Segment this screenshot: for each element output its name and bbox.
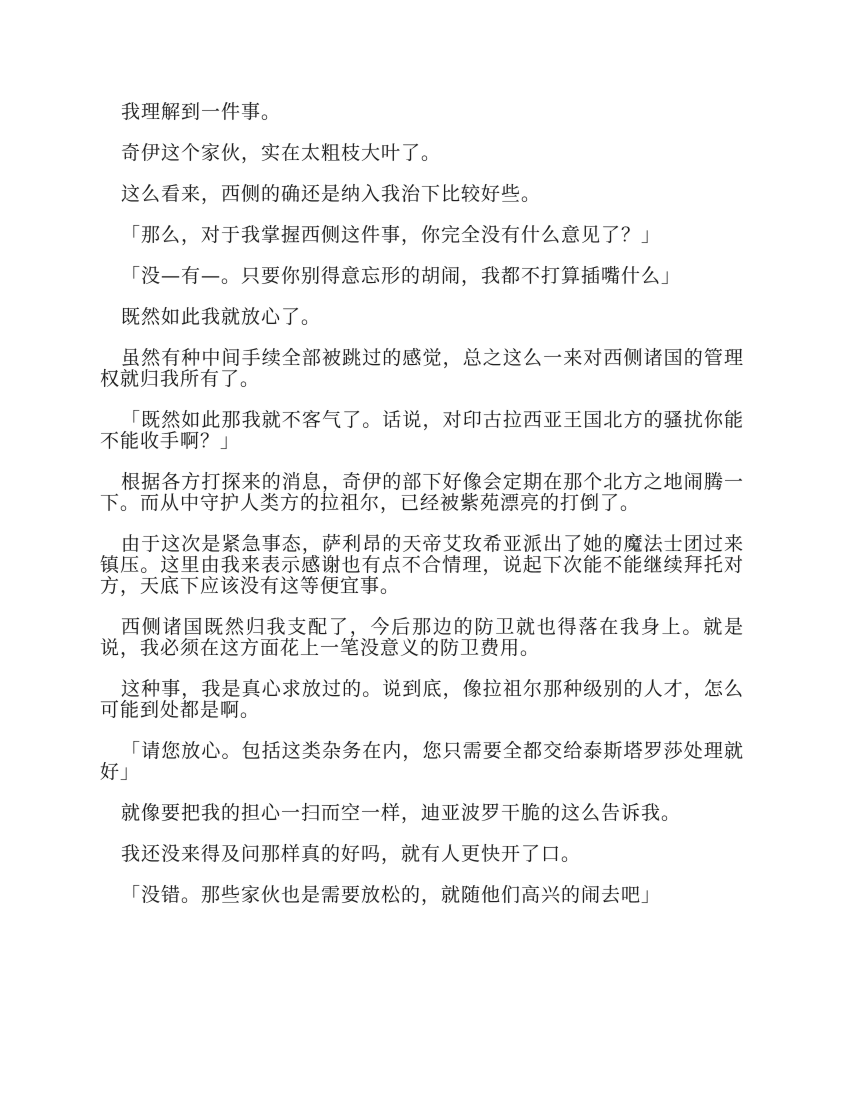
- paragraph: 我还没来得及问那样真的好吗，就有人更快开了口。: [100, 844, 744, 865]
- dialogue-paragraph: 「没错。那些家伙也是需要放松的，就随他们高兴的闹去吧」: [100, 885, 744, 906]
- dialogue-paragraph: 「没—有—。只要你别得意忘形的胡闹，我都不打算插嘴什么」: [100, 266, 744, 287]
- paragraph: 既然如此我就放心了。: [100, 307, 744, 328]
- document-page: 我理解到一件事。 奇伊这个家伙，实在太粗枝大叶了。 这么看来，西侧的确还是纳入我…: [100, 102, 744, 926]
- dialogue-paragraph: 「既然如此那我就不客气了。话说，对印古拉西亚王国北方的骚扰你能不能收手啊？」: [100, 410, 744, 452]
- paragraph: 这种事，我是真心求放过的。说到底，像拉祖尔那种级别的人才，怎么可能到处都是啊。: [100, 679, 744, 721]
- paragraph: 奇伊这个家伙，实在太粗枝大叶了。: [100, 143, 744, 164]
- paragraph: 我理解到一件事。: [100, 102, 744, 123]
- paragraph: 根据各方打探来的消息，奇伊的部下好像会定期在那个北方之地闹腾一下。而从中守护人类…: [100, 472, 744, 514]
- paragraph: 就像要把我的担心一扫而空一样，迪亚波罗干脆的这么告诉我。: [100, 803, 744, 824]
- dialogue-paragraph: 「那么，对于我掌握西侧这件事，你完全没有什么意见了？」: [100, 225, 744, 246]
- paragraph: 西侧诸国既然归我支配了，今后那边的防卫就也得落在我身上。就是说，我必须在这方面花…: [100, 617, 744, 659]
- dialogue-paragraph: 「请您放心。包括这类杂务在内，您只需要全都交给泰斯塔罗莎处理就好」: [100, 741, 744, 783]
- paragraph: 这么看来，西侧的确还是纳入我治下比较好些。: [100, 184, 744, 205]
- paragraph: 由于这次是紧急事态，萨利昂的天帝艾玫希亚派出了她的魔法士团过来镇压。这里由我来表…: [100, 534, 744, 597]
- paragraph: 虽然有种中间手续全部被跳过的感觉，总之这么一来对西侧诸国的管理权就归我所有了。: [100, 348, 744, 390]
